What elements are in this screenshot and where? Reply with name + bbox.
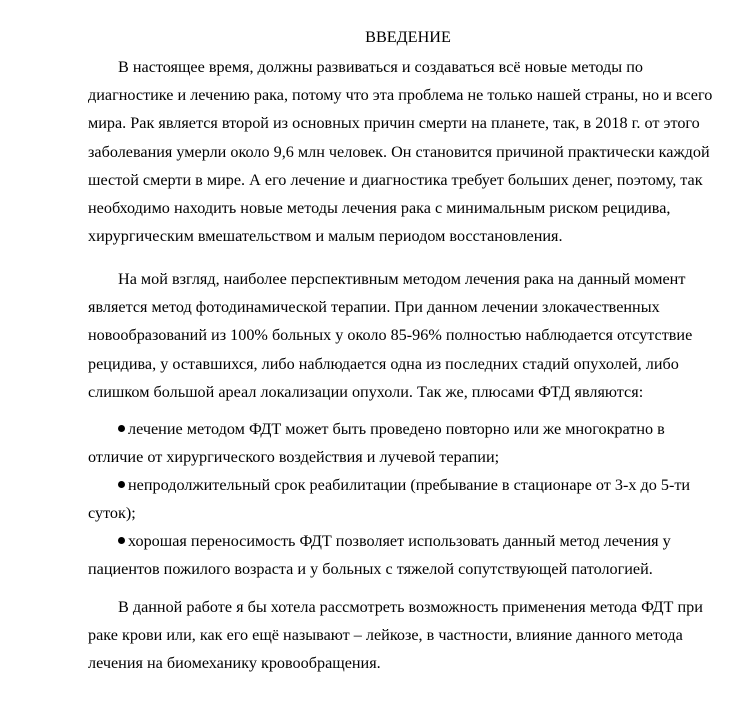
paragraph-line: мира. Рак является второй из основных пр… <box>88 109 700 137</box>
paragraph-line: В данной работе я бы хотела рассмотреть … <box>88 593 700 621</box>
paragraph-line: раке крови или, как его ещё называют – л… <box>88 621 700 649</box>
bullet-item-rehabilitation: непродолжительный срок реабилитации (пре… <box>88 471 700 527</box>
paragraph-line: шестой смерти в мире. А его лечение и ди… <box>88 166 700 194</box>
paragraph-line: является метод фотодинамической терапии.… <box>88 293 700 321</box>
paragraph-line: В настоящее время, должны развиваться и … <box>88 53 700 81</box>
paragraph-line: слишком большой ареал локализации опухол… <box>88 378 700 406</box>
paragraph-line: новообразований из 100% больных у около … <box>88 321 700 349</box>
bullet-dot-icon <box>118 425 125 432</box>
bullet-item-repeatable: лечение методом ФДТ может быть проведено… <box>88 415 700 471</box>
paragraph-pdt-method: На мой взгляд, наиболее перспективным ме… <box>88 265 700 406</box>
paragraph-line: заболевания умерли около 9,6 млн человек… <box>88 138 700 166</box>
paragraph-line: На мой взгляд, наиболее перспективным ме… <box>88 265 700 293</box>
bullet-text: отличие от хирургического воздействия и … <box>88 443 700 471</box>
paragraph-work-goal: В данной работе я бы хотела рассмотреть … <box>88 593 700 678</box>
paragraph-line: лечения на биомеханику кровообращения. <box>88 649 700 677</box>
bullet-item-tolerability: хорошая переносимость ФДТ позволяет испо… <box>88 527 700 583</box>
bullet-text: суток); <box>88 499 700 527</box>
paragraph-line: диагностике и лечению рака, потому что э… <box>88 81 700 109</box>
bullet-dot-icon <box>118 537 125 544</box>
paragraph-line: хирургическим вмешательством и малым пер… <box>88 222 700 250</box>
bullet-text: непродолжительный срок реабилитации (пре… <box>128 476 690 494</box>
bullet-text: хорошая переносимость ФДТ позволяет испо… <box>128 532 671 550</box>
paragraph-intro: В настоящее время, должны развиваться и … <box>88 53 700 250</box>
bullet-dot-icon <box>118 481 125 488</box>
document-title: ВВЕДЕНИЕ <box>88 26 728 48</box>
bullet-text: лечение методом ФДТ может быть проведено… <box>128 420 665 438</box>
paragraph-line: рецидива, у оставшихся, либо наблюдается… <box>88 350 700 378</box>
paragraph-line: необходимо находить новые методы лечения… <box>88 194 700 222</box>
bullet-text: пациентов пожилого возраста и у больных … <box>88 555 700 583</box>
